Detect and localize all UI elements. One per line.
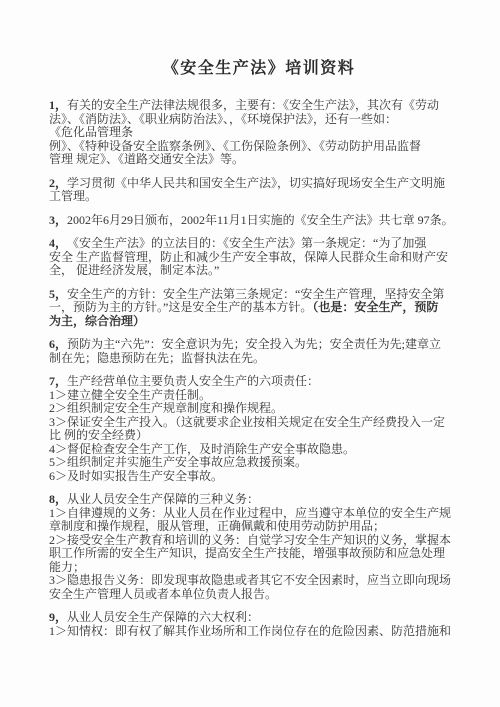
paragraph: 3，2002年6月29日颁布，2002年11月1日实施的《安全生产法》共七章 9… [49, 214, 469, 228]
paragraph: 9，从业人员安全生产保障的六大权利： 1＞知情权：即有权了解其作业场所和工作岗位… [49, 611, 469, 638]
paragraph-text: 有关的安全生产法律法规很多，主要有：《安全生产法》，其次有《劳动 法》、《消防法… [49, 98, 439, 166]
document-page: 《安全生产法》培训资料 1，有关的安全生产法律法规很多，主要有：《安全生产法》，… [0, 0, 500, 707]
paragraph: 1，有关的安全生产法律法规很多，主要有：《安全生产法》，其次有《劳动 法》、《消… [49, 99, 469, 167]
paragraph: 6，预防为主“六先”：安全意识为先；安全投入为先；安全责任为先;建章立 制在先；… [49, 338, 469, 365]
paragraph-number: 5， [49, 287, 67, 301]
paragraph-text: 从业人员安全生产保障的三种义务： 1＞自律遵规的义务：从业人员在作业过程中，应当… [49, 492, 451, 601]
document-title: 《安全生产法》培训资料 [49, 60, 469, 78]
document-content: 《安全生产法》培训资料 1，有关的安全生产法律法规很多，主要有：《安全生产法》，… [49, 60, 469, 648]
paragraph-text: 从业人员安全生产保障的六大权利： 1＞知情权：即有权了解其作业场所和工作岗位存在… [49, 610, 451, 638]
paragraph-number: 2， [49, 176, 67, 190]
paragraph-number: 8， [49, 492, 67, 506]
paragraph: 5，安全生产的方针：安全生产法第三条规定：“安全生产管理，坚持安全第 一，预防为… [49, 288, 469, 329]
document-body: 1，有关的安全生产法律法规很多，主要有：《安全生产法》，其次有《劳动 法》、《消… [49, 99, 469, 638]
paragraph-text: 学习贯彻《中华人民共和国安全生产法》，切实搞好现场安全生产文明施 工管理。 [49, 176, 445, 204]
paragraph-number: 6， [49, 337, 67, 351]
paragraph-text: 2002年6月29日颁布，2002年11月1日实施的《安全生产法》共七章 97条… [67, 213, 454, 227]
paragraph-text: 预防为主“六先”：安全意识为先；安全投入为先；安全责任为先;建章立 制在先；隐患… [49, 337, 441, 365]
paragraph-number: 3， [49, 213, 67, 227]
paragraph-text: 生产经营单位主要负责人安全生产的六项责任： 1＞建立健全安全生产责任制。 2＞组… [49, 374, 445, 483]
paragraph-number: 4， [49, 236, 61, 250]
paragraph-text: 《安全生产法》的立法目的：《安全生产法》第一条规定：“为了加强 安全 生产监督管… [49, 236, 448, 277]
paragraph-number: 9， [49, 610, 67, 624]
paragraph: 2，学习贯彻《中华人民共和国安全生产法》，切实搞好现场安全生产文明施 工管理。 [49, 177, 469, 204]
paragraph: 8，从业人员安全生产保障的三种义务： 1＞自律遵规的义务：从业人员在作业过程中，… [49, 493, 469, 601]
paragraph: 7，生产经营单位主要负责人安全生产的六项责任： 1＞建立健全安全生产责任制。 2… [49, 375, 469, 483]
paragraph: 4， 《安全生产法》的立法目的：《安全生产法》第一条规定：“为了加强 安全 生产… [49, 237, 469, 278]
paragraph-number: 7， [49, 374, 67, 388]
paragraph-number: 1， [49, 98, 67, 112]
